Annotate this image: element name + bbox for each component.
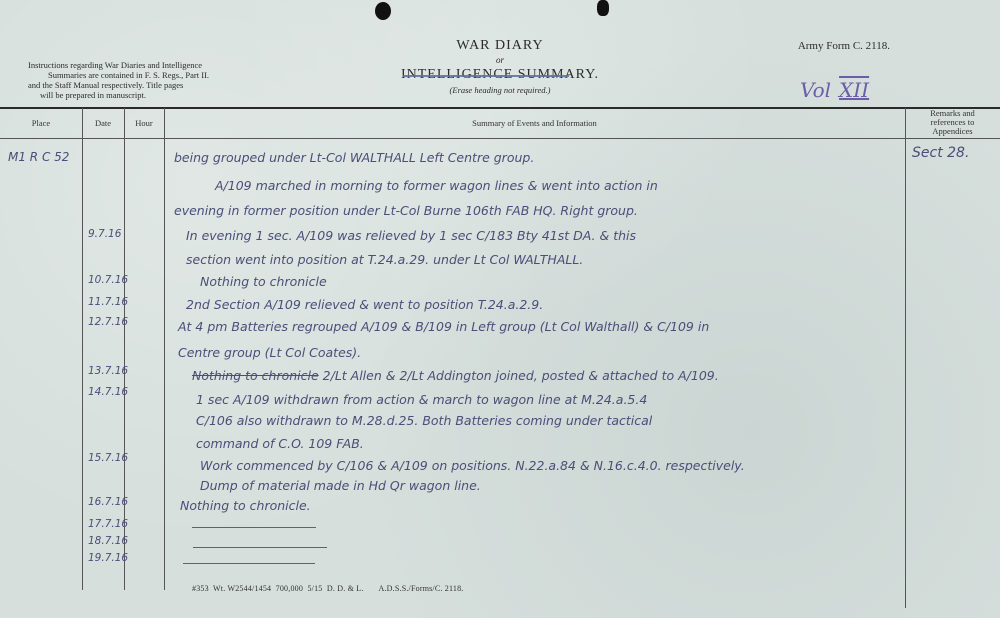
summary-line: section went into position at T.24.a.29.…: [186, 252, 583, 267]
summary-line: command of C.O. 109 FAB.: [196, 436, 364, 451]
date-entry: 9.7.16: [88, 228, 121, 240]
summary-line-text: 2/Lt Allen & 2/Lt Addington joined, post…: [323, 368, 719, 383]
summary-line: being grouped under Lt-Col WALTHALL Left…: [174, 150, 534, 165]
summary-line: A/109 marched in morning to former wagon…: [215, 178, 658, 193]
instructions-line: will be prepared in manuscript.: [28, 90, 268, 100]
date-entry: 12.7.16: [88, 316, 128, 328]
date-entry: 19.7.16: [88, 552, 128, 564]
struck-entry: Nothing to chronicle: [192, 368, 319, 383]
summary-line: evening in former position under Lt-Col …: [174, 203, 638, 218]
ditto-line: [183, 563, 315, 564]
summary-line: At 4 pm Batteries regrouped A/109 & B/10…: [178, 319, 709, 334]
column-divider: [164, 108, 165, 590]
punch-hole: [375, 2, 391, 20]
column-header-remarks: Remarks and references to Appendices: [905, 109, 1000, 136]
column-header-date: Date: [82, 118, 124, 128]
print-imprint: #353 Wt. W2544/1454 700,000 5/15 D. D. &…: [192, 584, 464, 593]
instructions-line: and the Staff Manual respectively. Title…: [28, 80, 268, 90]
date-entry: 14.7.16: [88, 386, 128, 398]
summary-line: In evening 1 sec. A/109 was relieved by …: [186, 228, 636, 243]
instructions-line: Summaries are contained in F. S. Regs., …: [28, 70, 268, 80]
form-title-or: or: [380, 55, 620, 65]
summary-line: Nothing to chronicle: [200, 274, 327, 289]
punch-hole: [597, 0, 609, 16]
volume-number: XII: [839, 78, 869, 102]
summary-line: Nothing to chronicle 2/Lt Allen & 2/Lt A…: [192, 368, 719, 383]
ditto-line: [193, 547, 327, 548]
table-top-rule: [0, 107, 1000, 109]
form-title-note: (Erase heading not required.): [380, 85, 620, 95]
strike-line: [403, 75, 569, 77]
summary-line: Centre group (Lt Col Coates).: [178, 345, 361, 360]
column-header-place: Place: [0, 118, 82, 128]
instructions-line: Instructions regarding War Diaries and I…: [28, 60, 268, 70]
summary-line: Dump of material made in Hd Qr wagon lin…: [200, 478, 481, 493]
volume-label: VolXII: [800, 78, 869, 102]
column-divider: [82, 108, 83, 590]
ditto-line: [192, 527, 316, 528]
place-entry: M1 R C 52: [8, 150, 69, 164]
column-divider: [905, 108, 906, 608]
date-entry: 15.7.16: [88, 452, 128, 464]
remarks-header-line: Appendices: [905, 127, 1000, 136]
date-entry: 10.7.16: [88, 274, 128, 286]
summary-line: C/106 also withdrawn to M.28.d.25. Both …: [196, 413, 652, 428]
column-header-summary: Summary of Events and Information: [164, 118, 905, 128]
form-instructions: Instructions regarding War Diaries and I…: [28, 60, 268, 100]
form-title: WAR DIARY: [380, 38, 620, 54]
date-entry: 13.7.16: [88, 365, 128, 377]
army-form-number: Army Form C. 2118.: [798, 40, 890, 52]
summary-line: 2nd Section A/109 relieved & went to pos…: [186, 297, 543, 312]
table-header-rule: [0, 138, 1000, 139]
summary-line: Nothing to chronicle.: [180, 498, 311, 513]
date-entry: 16.7.16: [88, 496, 128, 508]
remarks-entry: Sect 28.: [912, 145, 969, 161]
date-entry: 17.7.16: [88, 518, 128, 530]
date-entry: 18.7.16: [88, 535, 128, 547]
volume-prefix: Vol: [800, 78, 831, 102]
date-entry: 11.7.16: [88, 296, 128, 308]
summary-line: 1 sec A/109 withdrawn from action & marc…: [196, 392, 647, 407]
summary-line: Work commenced by C/106 & A/109 on posit…: [200, 458, 745, 473]
form-title-struck: INTELLIGENCE SUMMARY.: [401, 67, 599, 83]
form-title-block: WAR DIARY or INTELLIGENCE SUMMARY. (Eras…: [380, 38, 620, 95]
column-header-hour: Hour: [124, 118, 164, 128]
